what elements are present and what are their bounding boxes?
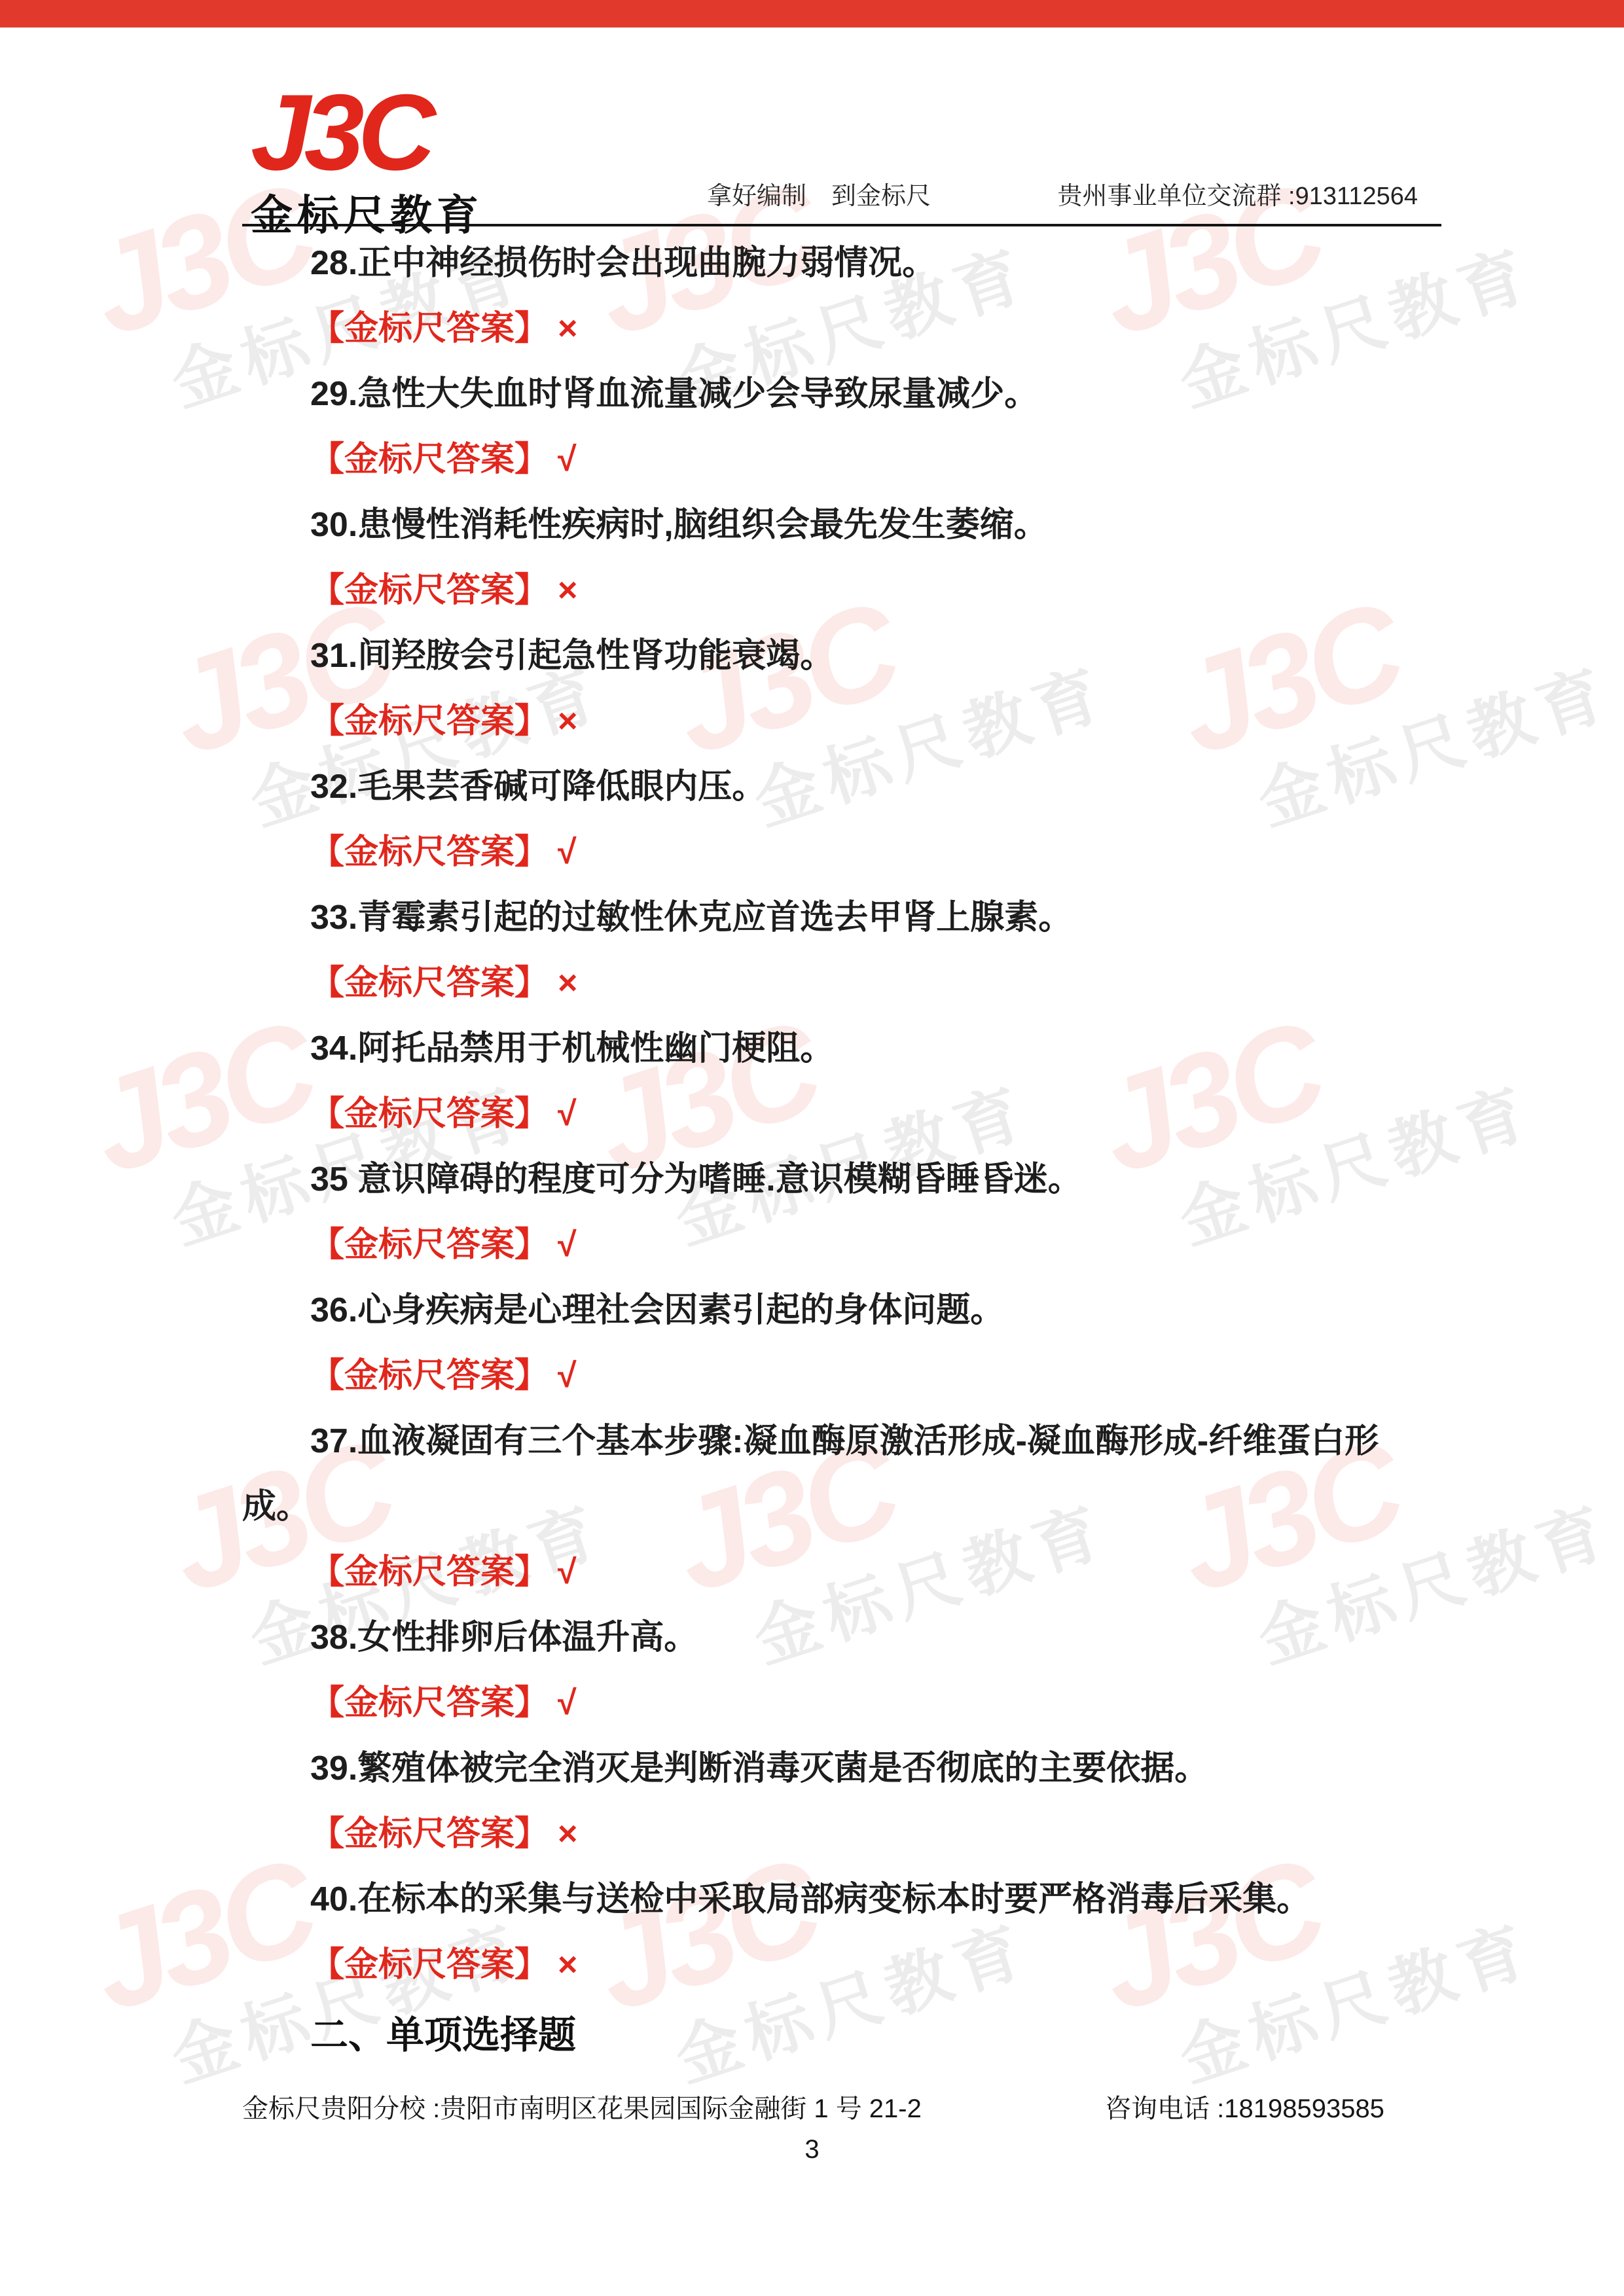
question-text: 40.在标本的采集与送检中采取局部病变标本时要严格消毒后采集。 <box>242 1867 1415 1932</box>
answer-line: 【金标尺答案】× <box>242 1801 1415 1867</box>
answer-mark: √ <box>558 1553 577 1591</box>
header-slogan: 拿好编制 到金标尺 <box>707 175 931 211</box>
answer-label: 【金标尺答案】 <box>310 1226 549 1264</box>
answer-label: 【金标尺答案】 <box>310 1553 549 1591</box>
answer-mark: × <box>558 571 577 609</box>
jbc-logo: J3C 金标尺教育 <box>251 79 483 236</box>
page-number: 3 <box>0 2135 1624 2164</box>
answer-label: 【金标尺答案】 <box>310 1684 549 1722</box>
answer-line: 【金标尺答案】× <box>242 296 1415 361</box>
answer-label: 【金标尺答案】 <box>310 702 549 740</box>
answer-label: 【金标尺答案】 <box>310 1815 549 1853</box>
answer-mark: × <box>558 310 577 348</box>
answer-label: 【金标尺答案】 <box>310 1357 549 1395</box>
question-text: 30.患慢性消耗性疾病时,脑组织会最先发生萎缩。 <box>242 492 1415 558</box>
answer-mark: √ <box>558 1226 577 1264</box>
answer-label: 【金标尺答案】 <box>310 964 549 1002</box>
question-text: 31.间羟胺会引起急性肾功能衰竭。 <box>242 623 1415 689</box>
answer-line: 【金标尺答案】× <box>242 689 1415 754</box>
answer-mark: √ <box>558 1095 577 1133</box>
header-divider <box>242 224 1441 226</box>
answer-label: 【金标尺答案】 <box>310 833 549 871</box>
answer-line: 【金标尺答案】√ <box>242 1539 1415 1605</box>
answer-mark: √ <box>558 833 577 871</box>
answer-label: 【金标尺答案】 <box>310 1946 549 1984</box>
answer-mark: × <box>558 702 577 740</box>
question-text: 28.正中神经损伤时会出现曲腕力弱情况。 <box>242 230 1415 296</box>
question-text: 36.心身疾病是心理社会因素引起的身体问题。 <box>242 1278 1415 1343</box>
answer-label: 【金标尺答案】 <box>310 440 549 478</box>
answer-mark: √ <box>558 1684 577 1722</box>
answer-label: 【金标尺答案】 <box>310 1095 549 1133</box>
answer-mark: × <box>558 1815 577 1853</box>
answer-label: 【金标尺答案】 <box>310 571 549 609</box>
answer-line: 【金标尺答案】√ <box>242 819 1415 885</box>
answer-line: 【金标尺答案】√ <box>242 1081 1415 1147</box>
footer-branch-info: 金标尺贵阳分校 :贵阳市南明区花果园国际金融街 1 号 21-2 <box>242 2088 922 2125</box>
question-text: 32.毛果芸香碱可降低眼内压。 <box>242 754 1415 819</box>
question-text: 33.青霉素引起的过敏性休克应首选去甲肾上腺素。 <box>242 885 1415 950</box>
footer-phone-info: 咨询电话 :18198593585 <box>1105 2088 1384 2125</box>
answer-mark: × <box>558 964 577 1002</box>
question-text: 38.女性排卵后体温升高。 <box>242 1605 1415 1670</box>
answer-line: 【金标尺答案】× <box>242 950 1415 1016</box>
answer-mark: √ <box>558 440 577 478</box>
top-red-bar <box>0 0 1624 27</box>
section-heading: 二、单项选择题 <box>310 2015 576 2056</box>
document-page: J3C金标尺教育J3C金标尺教育J3C金标尺教育J3C金标尺教育J3C金标尺教育… <box>0 0 1624 2296</box>
answer-line: 【金标尺答案】× <box>242 558 1415 623</box>
questions-answers: 28.正中神经损伤时会出现曲腕力弱情况。【金标尺答案】×29.急性大失血时肾血流… <box>242 230 1415 1998</box>
jbc-logo-icon: J3C <box>251 79 483 187</box>
header-group-info: 贵州事业单位交流群 :913112564 <box>1058 175 1418 211</box>
answer-line: 【金标尺答案】√ <box>242 1670 1415 1736</box>
question-text: 39.繁殖体被完全消灭是判断消毒灭菌是否彻底的主要依据。 <box>242 1736 1415 1801</box>
question-text: 37.血液凝固有三个基本步骤:凝血酶原激活形成-凝血酶形成-纤维蛋白形成。 <box>242 1408 1415 1539</box>
answer-line: 【金标尺答案】√ <box>242 427 1415 492</box>
answer-line: 【金标尺答案】√ <box>242 1343 1415 1408</box>
question-text: 29.急性大失血时肾血流量减少会导致尿量减少。 <box>242 361 1415 427</box>
answer-line: 【金标尺答案】√ <box>242 1212 1415 1278</box>
answer-mark: √ <box>558 1357 577 1395</box>
answer-line: 【金标尺答案】× <box>242 1932 1415 1998</box>
question-text: 35 意识障碍的程度可分为嗜睡.意识模糊昏睡昏迷。 <box>242 1147 1415 1212</box>
answer-label: 【金标尺答案】 <box>310 310 549 348</box>
answer-mark: × <box>558 1946 577 1984</box>
question-text: 34.阿托品禁用于机械性幽门梗阻。 <box>242 1016 1415 1081</box>
